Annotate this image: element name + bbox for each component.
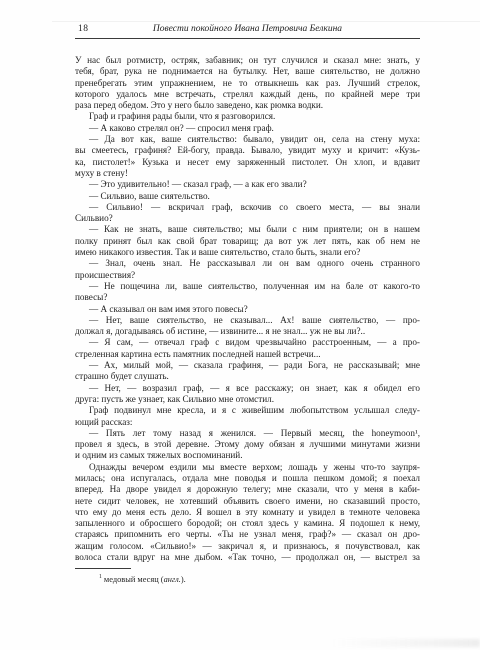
text-line: страшно будет слушать. — [75, 371, 420, 382]
text-line: — Это удивительно! — сказал граф, — а ка… — [75, 179, 420, 190]
text-line: 40нете сидит человек, не хотевший объяви… — [75, 496, 420, 507]
scan-edge-artifact — [52, 21, 480, 22]
text-line: повесы? — [75, 292, 420, 303]
text-line: — Как не знать, ваше сиятельство; мы был… — [75, 224, 420, 235]
footnote-text: медовый месяц ( — [104, 575, 164, 584]
text-line: стараясь припомнить его черты. «Ты не уз… — [75, 529, 420, 540]
footnote-separator — [75, 568, 131, 569]
text-line: и одним из самых тяжелых воспоминаний. — [75, 450, 420, 461]
footnote-language-note: англ. — [164, 575, 181, 584]
book-page: 18 Повести покойного Ивана Петровича Бел… — [0, 0, 480, 650]
text-line: Сильвио? — [75, 213, 420, 224]
text-line: имею никакого известия. Так и ваше сияте… — [75, 247, 420, 258]
text-line: провел я здесь, в этой деревне. Этому до… — [75, 439, 420, 450]
text-line: — Не пощечина ли, ваше сиятельство, полу… — [75, 281, 420, 292]
text-line: — Сильвио, ваше сиятельство. — [75, 191, 420, 202]
text-line: вы смеетесь, графиня? Ей-богу, правда. Б… — [75, 145, 420, 156]
running-header: 18 Повести покойного Ивана Петровича Бел… — [75, 23, 420, 36]
text-line: муху в стену! — [75, 168, 420, 179]
text-line: Граф подвинул мне кресла, и я с живейшим… — [75, 405, 420, 416]
text-line: волоса стали вдруг на мне дыбом. «Так то… — [75, 552, 420, 563]
text-line: — Сильвио! — вскричал граф, вскочив со с… — [75, 202, 420, 213]
text-block: У нас был ротмистр, остряк, забавник; он… — [75, 55, 420, 563]
text-line: У нас был ротмистр, остряк, забавник; он… — [75, 55, 420, 66]
text-line: должал я, догадываясь об истине, — извин… — [75, 326, 420, 337]
text-line: — А каково стрелял он? — спросил меня гр… — [75, 123, 420, 134]
text-line: полку принят был как свой брат товарищ; … — [75, 236, 420, 247]
header-rule — [75, 38, 420, 39]
text-line: милась; она испугалась, отдала мне повод… — [75, 473, 420, 484]
text-line: Однажды вечером ездили мы вместе верхом;… — [75, 462, 420, 473]
text-line: тебя, брат, рука не поднимается на бутыл… — [75, 66, 420, 77]
text-line: — Пять лет тому назад я женился. — Первы… — [75, 428, 420, 439]
text-line: которого удалось мне встречать, стрелял … — [75, 89, 420, 100]
text-line: раза перед обедом. Это у него было завед… — [75, 100, 420, 111]
scan-shadow-artifact — [330, 639, 480, 647]
text-line: пренебрегать этим упражнением, не то отв… — [75, 78, 420, 89]
text-line: — Я сам, — отвечал граф с видом чрезвыча… — [75, 337, 420, 348]
text-line: — Знал, очень знал. Не рассказывал ли он… — [75, 258, 420, 269]
text-line: Граф и графиня рады были, что я разговор… — [75, 111, 420, 122]
footnote: 1медовый месяц (англ.). — [75, 574, 420, 585]
text-line: что ему до меня есть дело. Я вошел в эту… — [75, 507, 420, 518]
text-line: — Ах, милый мой, — сказала графиня, — ра… — [75, 360, 420, 371]
text-line: — Да вот как, ваше сиятельство: бывало, … — [75, 134, 420, 145]
text-line: 30— Нет, — возразил граф, — я все расска… — [75, 383, 420, 394]
footnote-marker: 1 — [99, 574, 102, 580]
running-title: Повести покойного Ивана Петровича Белкин… — [75, 23, 420, 36]
text-line: запыленного и обросшего бородой; он стоя… — [75, 518, 420, 529]
text-line: друга: пусть же узнает, как Сильвио мне … — [75, 394, 420, 405]
text-line: жащим голосом. «Сильвио!» — закричал я, … — [75, 541, 420, 552]
text-line: ющий рассказ: — [75, 417, 420, 428]
text-line: 20происшествия? — [75, 270, 420, 281]
text-line: — Нет, ваше сиятельство, не сказывал... … — [75, 315, 420, 326]
text-line: вперед. На дворе увидел я дорожную телег… — [75, 484, 420, 495]
text-line: 10ка, пистолет!» Кузька и несет ему заря… — [75, 157, 420, 168]
footnote-suffix: ). — [181, 575, 186, 584]
text-line: — А сказывал он вам имя этого повесы? — [75, 304, 420, 315]
text-line: стреленная картина есть памятник последн… — [75, 349, 420, 360]
